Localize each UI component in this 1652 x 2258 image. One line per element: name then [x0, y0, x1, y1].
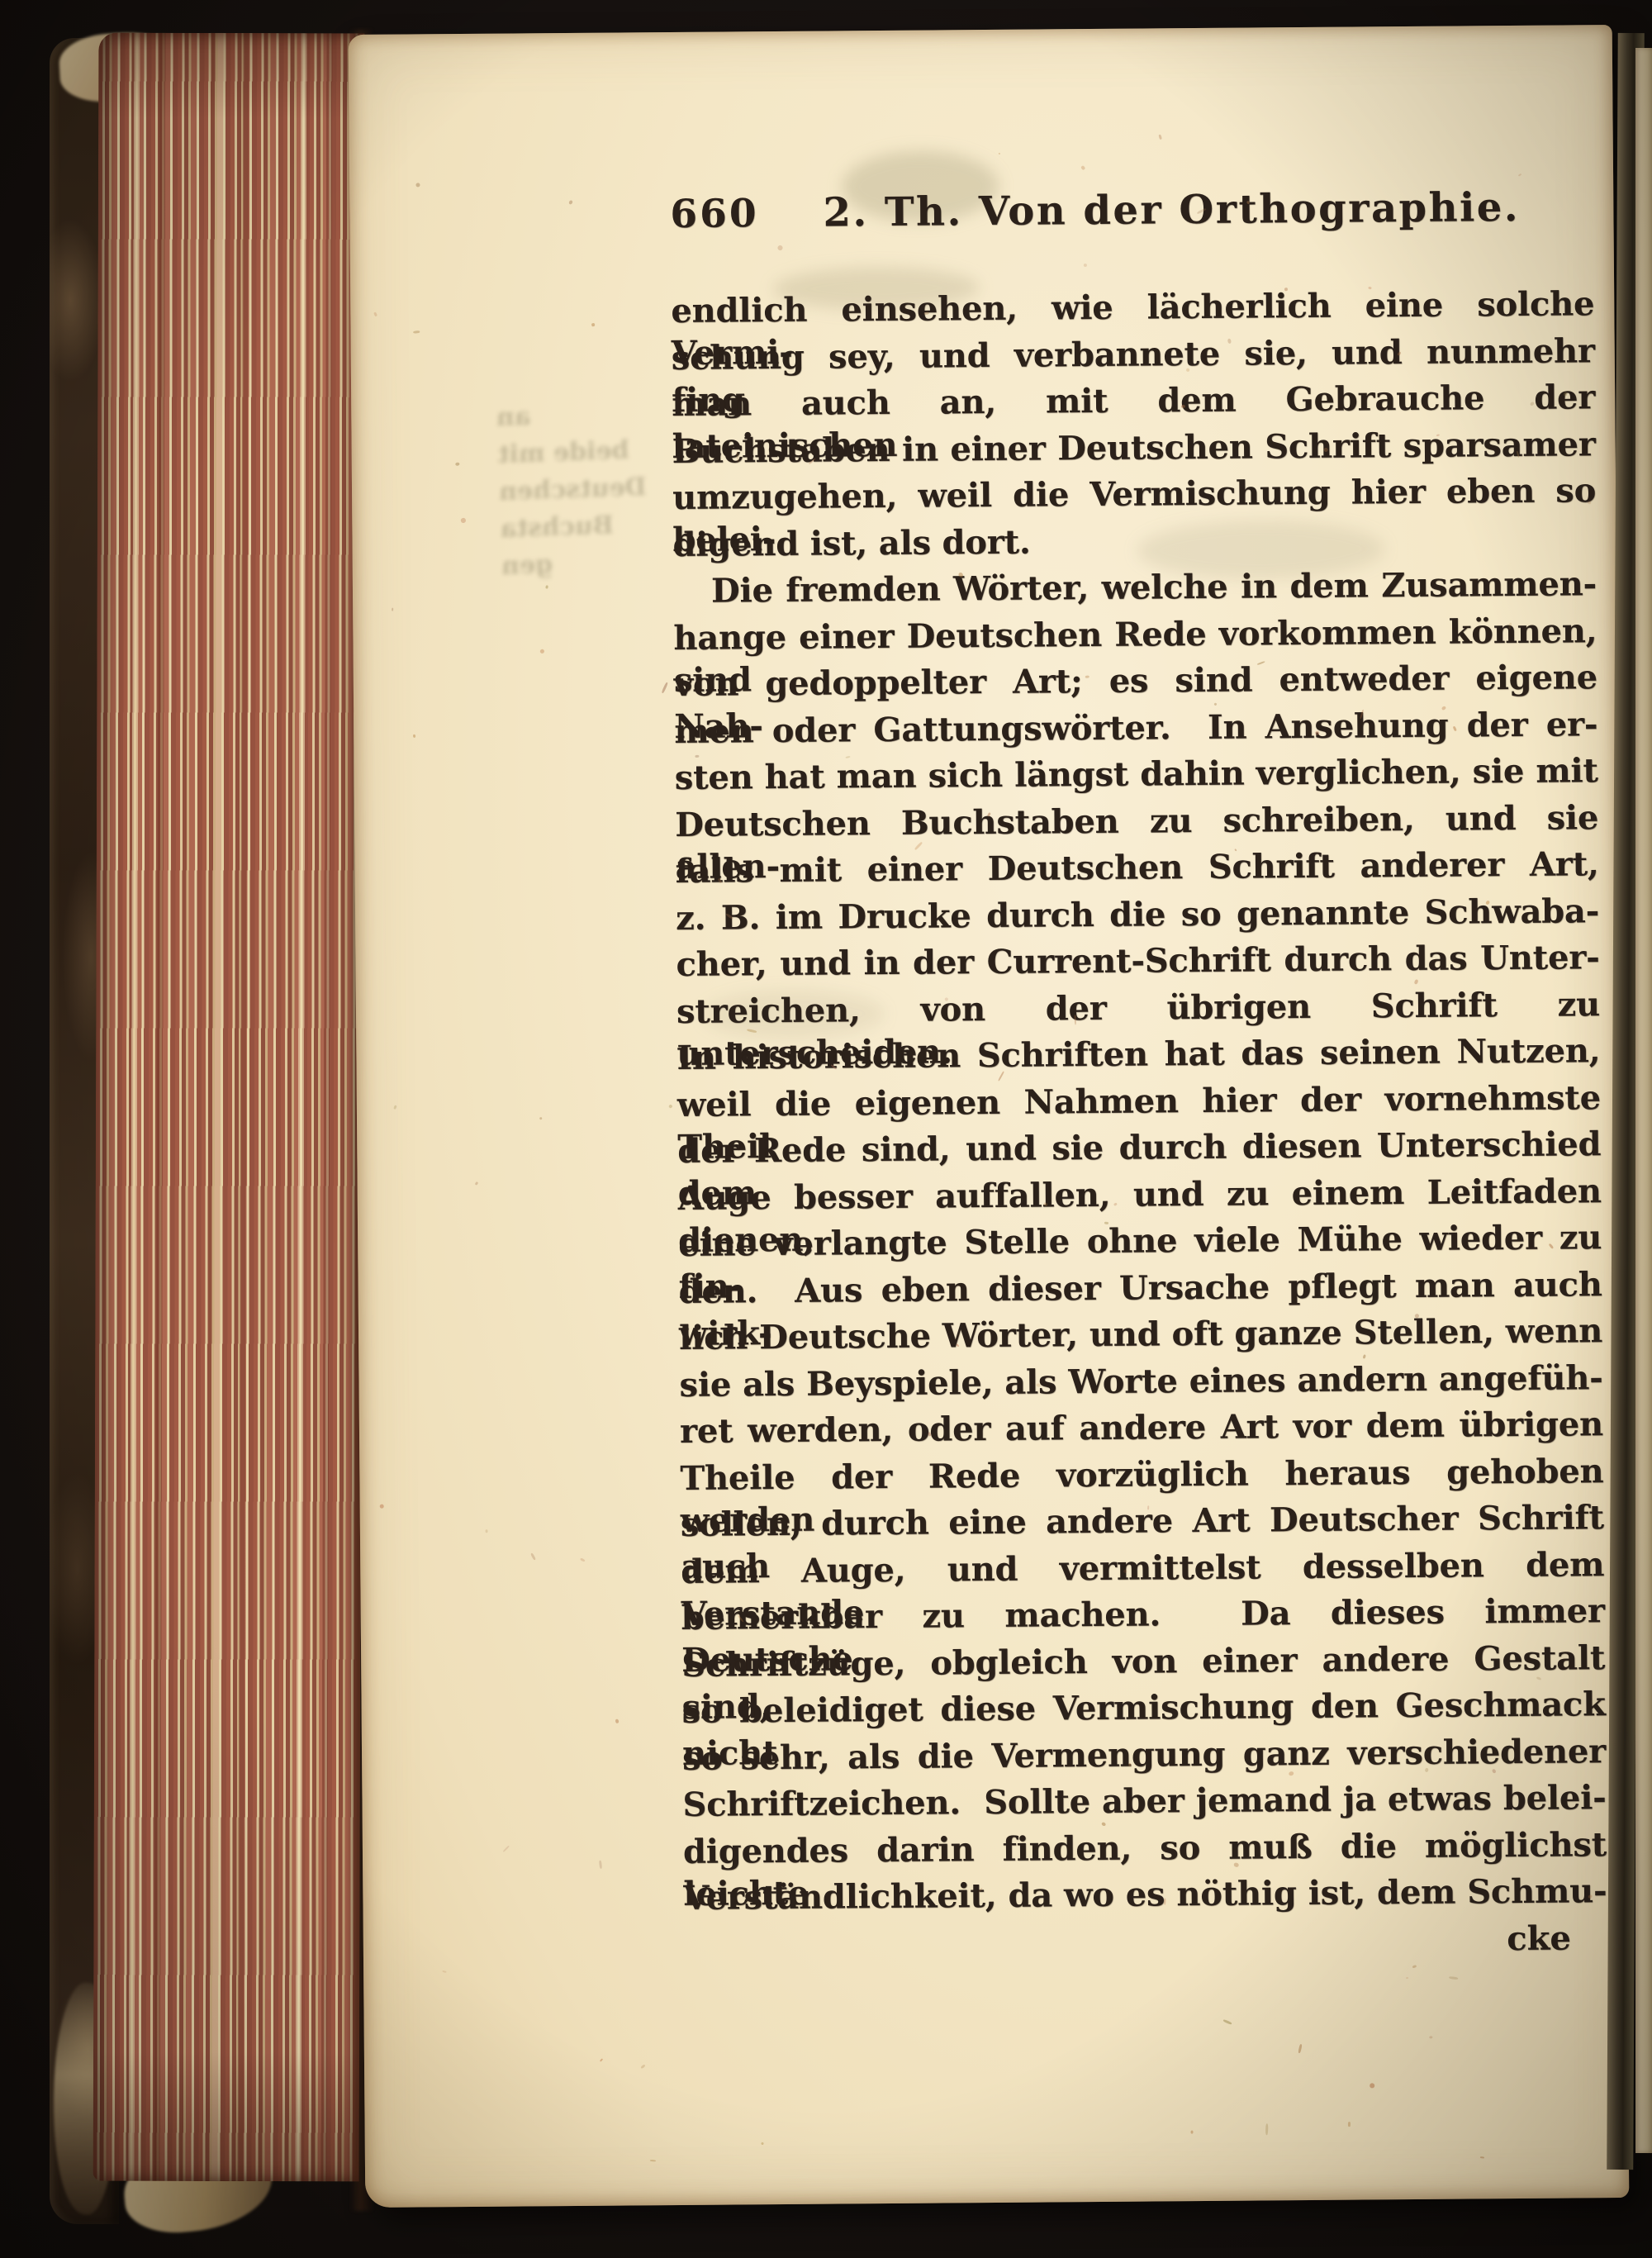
text-line: ret werden, oder auf andere Art vor dem …	[680, 1403, 1603, 1457]
text-line: digend ist, als dort.	[672, 516, 1596, 570]
text-line: sollen, durch eine andere Art Deutscher …	[681, 1496, 1604, 1550]
text-line: In historischen Schriften hat das seinen…	[676, 1029, 1600, 1083]
next-page-edge	[1635, 48, 1652, 2153]
text-line: cher, und in der Current-Schrift durch d…	[676, 936, 1599, 990]
page-number: 660	[670, 191, 759, 237]
scanned-page: anbeide mitDeutschenBuchstagen 660 2. Th…	[349, 25, 1630, 2208]
text-line: Schriftzüge, obgleich von einer andere G…	[681, 1637, 1605, 1690]
text-line: lich Deutsche Wörter, und oft ganze Stel…	[679, 1310, 1602, 1363]
text-line: so beleidiget diese Vermischung den Gesc…	[681, 1683, 1605, 1737]
text-line: Verständlichkeit, da wo es nöthig ist, d…	[683, 1870, 1607, 1923]
text-line: bemerkbar zu machen. Da dieses immer Deu…	[681, 1590, 1605, 1643]
printed-area: 660 2. Th. Von der Orthographie. endlich…	[669, 25, 1593, 32]
text-line: Schriftzeichen. Sollte aber jemand ja et…	[682, 1776, 1606, 1830]
text-line: streichen, von der übrigen Schrift zu un…	[676, 983, 1600, 1037]
text-line: z. B. im Drucke durch die so genannte Sc…	[676, 890, 1599, 944]
text-line: hange einer Deutschen Rede vorkommen kön…	[673, 610, 1597, 663]
text-line: falls mit einer Deutschen Schrift andere…	[675, 843, 1598, 896]
text-line: Theile der Rede vorzüglich heraus gehobe…	[680, 1450, 1603, 1504]
text-line: sie als Beyspiele, als Worte eines ander…	[679, 1357, 1602, 1410]
text-line: digendes darin finden, so muß die möglic…	[683, 1823, 1607, 1877]
text-line: Deutschen Buchstaben zu schreiben, und s…	[675, 796, 1598, 850]
body-text: endlich einsehen, wie lächerlich eine so…	[671, 283, 1607, 1970]
text-line: eine verlangte Stelle ohne viele Mühe wi…	[678, 1216, 1602, 1270]
catchword: cke	[684, 1917, 1607, 1970]
running-title: 2. Th. Von der Orthographie.	[823, 184, 1520, 236]
book-scan-screenshot: { "header": { "page_number": "660", "tit…	[0, 0, 1652, 2258]
page-header: 660 2. Th. Von der Orthographie.	[670, 183, 1593, 237]
text-line: endlich einsehen, wie lächerlich eine so…	[671, 283, 1594, 336]
text-line: umzugehen, weil die Vermischung hier ebe…	[672, 469, 1596, 523]
text-line: weil die eigenen Nahmen hier der vornehm…	[677, 1077, 1601, 1130]
text-line: der Rede sind, und sie durch diesen Unte…	[677, 1123, 1601, 1177]
text-line: men oder Gattungswörter. In Ansehung der…	[674, 703, 1597, 757]
text-line: dem Auge, und vermittelst desselben dem …	[681, 1543, 1604, 1597]
paper-flecks	[349, 25, 1612, 35]
text-line: den. Aus eben dieser Ursache pflegt man …	[678, 1263, 1602, 1317]
text-line: schung sey, und verbannete sie, und nunm…	[672, 330, 1595, 383]
text-line: Buchstaben in einer Deutschen Schrift sp…	[672, 423, 1595, 477]
text-line: so sehr, als die Vermengung ganz verschi…	[682, 1730, 1606, 1784]
page-block-fore-edge	[93, 33, 365, 2182]
text-line: Die fremden Wörter, welche in dem Zusamm…	[673, 563, 1597, 616]
text-line: Auge besser auffallen, und zu einem Leit…	[678, 1170, 1602, 1224]
text-line: sten hat man sich längst dahin vergliche…	[675, 749, 1598, 803]
text-line: man auch an, mit dem Gebrauche der latei…	[672, 376, 1595, 430]
photo-background: anbeide mitDeutschenBuchstagen 660 2. Th…	[0, 0, 1652, 2258]
text-line: von gedoppelter Art; es sind entweder ei…	[674, 656, 1597, 710]
ghost-offset-text: anbeide mitDeutschenBuchstagen	[496, 394, 651, 585]
